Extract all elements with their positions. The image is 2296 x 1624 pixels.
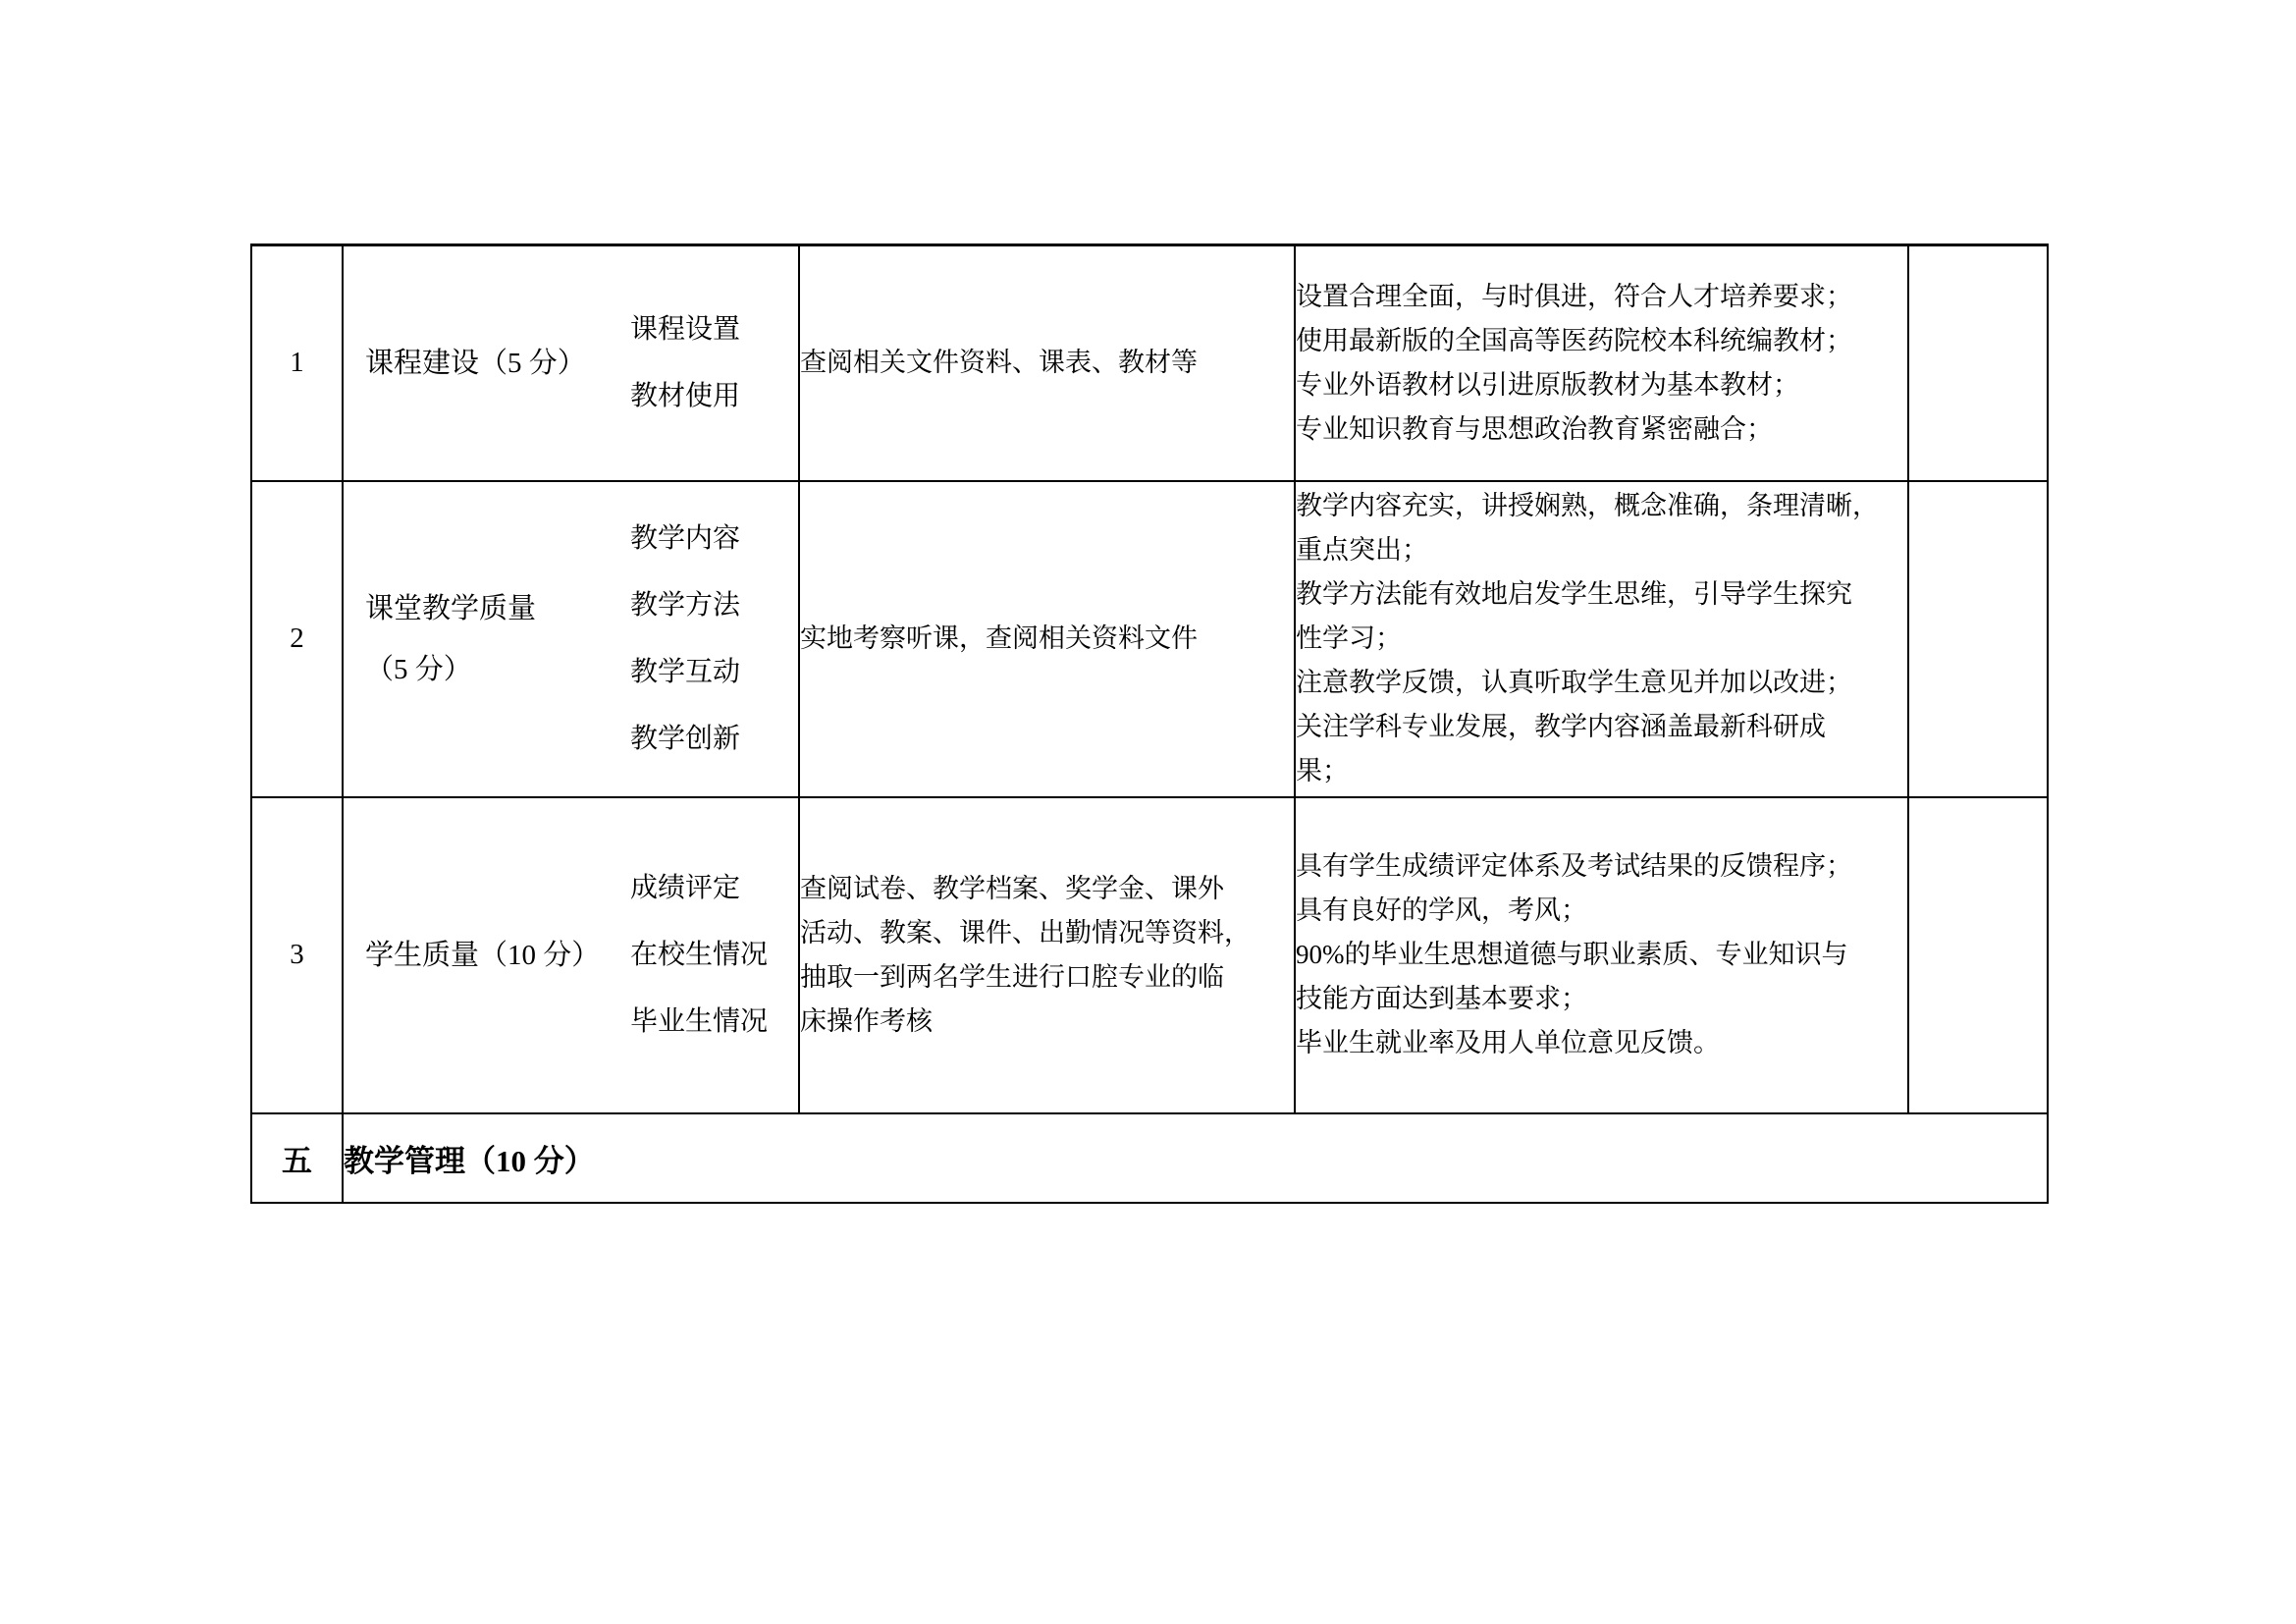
text-line: 具有学生成绩评定体系及考试结果的反馈程序； bbox=[1296, 844, 1907, 889]
item-subitems: 成绩评定在校生情况毕业生情况 bbox=[630, 855, 798, 1056]
item-subitems: 教学内容教学方法教学互动教学创新 bbox=[630, 506, 798, 773]
item-wrap: 课堂教学质量（5 分） 教学内容教学方法教学互动教学创新 bbox=[344, 506, 798, 773]
item-cell: 课程建设（5 分） 课程设置教材使用 bbox=[343, 245, 799, 481]
text-line: 教材使用 bbox=[630, 363, 798, 430]
criteria-cell: 设置合理全面，与时俱进，符合人才培养要求；使用最新版的全国高等医药院校本科统编教… bbox=[1295, 245, 1908, 481]
text-line: 具有良好的学风，考风； bbox=[1296, 889, 1907, 933]
text-line: 教学方法能有效地启发学生思维，引导学生探究 bbox=[1296, 572, 1907, 617]
section-title-cell: 教学管理（10 分） bbox=[343, 1113, 2048, 1203]
text-line: 90%的毕业生思想道德与职业素质、专业知识与 bbox=[1296, 933, 1907, 977]
row-index: 2 bbox=[251, 481, 343, 797]
text-line: 注意教学反馈，认真听取学生意见并加以改进； bbox=[1296, 661, 1907, 705]
item-name: 课堂教学质量（5 分） bbox=[344, 578, 630, 700]
score-cell bbox=[1908, 481, 2048, 797]
text-line: 性学习； bbox=[1296, 617, 1907, 661]
table-row: 3 学生质量（10 分） 成绩评定在校生情况毕业生情况 查阅试卷、教学档案、奖学… bbox=[251, 797, 2048, 1113]
method-cell: 查阅试卷、教学档案、奖学金、课外活动、教案、课件、出勤情况等资料，抽取一到两名学… bbox=[799, 797, 1295, 1113]
table-row: 2 课堂教学质量（5 分） 教学内容教学方法教学互动教学创新 实地考察听课，查阅… bbox=[251, 481, 2048, 797]
text-line: 在校生情况 bbox=[630, 922, 798, 989]
method-cell: 查阅相关文件资料、课表、教材等 bbox=[799, 245, 1295, 481]
text-line: 教学内容充实，讲授娴熟，概念准确，条理清晰， bbox=[1296, 484, 1907, 528]
criteria-cell: 教学内容充实，讲授娴熟，概念准确，条理清晰，重点突出；教学方法能有效地启发学生思… bbox=[1295, 481, 1908, 797]
text-line: 技能方面达到基本要求； bbox=[1296, 977, 1907, 1021]
text-line: 教学内容 bbox=[630, 506, 798, 572]
document-page: 1 课程建设（5 分） 课程设置教材使用 查阅相关文件资料、课表、教材等 设置合… bbox=[0, 0, 2296, 1624]
item-cell: 学生质量（10 分） 成绩评定在校生情况毕业生情况 bbox=[343, 797, 799, 1113]
item-wrap: 课程建设（5 分） 课程设置教材使用 bbox=[344, 297, 798, 430]
text-line: 教学方法 bbox=[630, 572, 798, 639]
text-line: 学生质量（10 分） bbox=[365, 925, 630, 986]
section-index: 五 bbox=[251, 1113, 343, 1203]
table-row: 1 课程建设（5 分） 课程设置教材使用 查阅相关文件资料、课表、教材等 设置合… bbox=[251, 245, 2048, 481]
text-line: 床操作考核 bbox=[800, 1000, 1294, 1044]
text-line: （5 分） bbox=[365, 639, 630, 700]
text-line: 课程设置 bbox=[630, 297, 798, 363]
text-line: 关注学科专业发展，教学内容涵盖最新科研成 bbox=[1296, 705, 1907, 749]
text-line: 毕业生就业率及用人单位意见反馈。 bbox=[1296, 1021, 1907, 1065]
item-name: 学生质量（10 分） bbox=[344, 925, 630, 986]
text-line: 抽取一到两名学生进行口腔专业的临 bbox=[800, 955, 1294, 1000]
evaluation-table: 1 课程建设（5 分） 课程设置教材使用 查阅相关文件资料、课表、教材等 设置合… bbox=[250, 244, 2049, 1204]
item-cell: 课堂教学质量（5 分） 教学内容教学方法教学互动教学创新 bbox=[343, 481, 799, 797]
text-line: 查阅试卷、教学档案、奖学金、课外 bbox=[800, 867, 1294, 911]
text-line: 活动、教案、课件、出勤情况等资料， bbox=[800, 911, 1294, 955]
text-line: 专业外语教材以引进原版教材为基本教材； bbox=[1296, 363, 1907, 407]
text-line: 果； bbox=[1296, 749, 1907, 793]
text-line: 教学互动 bbox=[630, 639, 798, 706]
text-line: 重点突出； bbox=[1296, 528, 1907, 572]
text-line: 课程建设（5 分） bbox=[365, 333, 630, 394]
row-index: 3 bbox=[251, 797, 343, 1113]
method-cell: 实地考察听课，查阅相关资料文件 bbox=[799, 481, 1295, 797]
section-row: 五 教学管理（10 分） bbox=[251, 1113, 2048, 1203]
text-line: 使用最新版的全国高等医药院校本科统编教材； bbox=[1296, 319, 1907, 363]
section-title: 教学管理（10 分） bbox=[344, 1136, 2047, 1180]
score-cell bbox=[1908, 245, 2048, 481]
item-wrap: 学生质量（10 分） 成绩评定在校生情况毕业生情况 bbox=[344, 855, 798, 1056]
item-subitems: 课程设置教材使用 bbox=[630, 297, 798, 430]
text-line: 设置合理全面，与时俱进，符合人才培养要求； bbox=[1296, 275, 1907, 319]
item-name: 课程建设（5 分） bbox=[344, 333, 630, 394]
text-line: 查阅相关文件资料、课表、教材等 bbox=[800, 341, 1294, 385]
score-cell bbox=[1908, 797, 2048, 1113]
text-line: 课堂教学质量 bbox=[365, 578, 630, 639]
text-line: 实地考察听课，查阅相关资料文件 bbox=[800, 617, 1294, 661]
text-line: 成绩评定 bbox=[630, 855, 798, 922]
row-index: 1 bbox=[251, 245, 343, 481]
text-line: 教学创新 bbox=[630, 706, 798, 773]
criteria-cell: 具有学生成绩评定体系及考试结果的反馈程序；具有良好的学风，考风；90%的毕业生思… bbox=[1295, 797, 1908, 1113]
text-line: 毕业生情况 bbox=[630, 989, 798, 1056]
text-line: 专业知识教育与思想政治教育紧密融合； bbox=[1296, 407, 1907, 452]
